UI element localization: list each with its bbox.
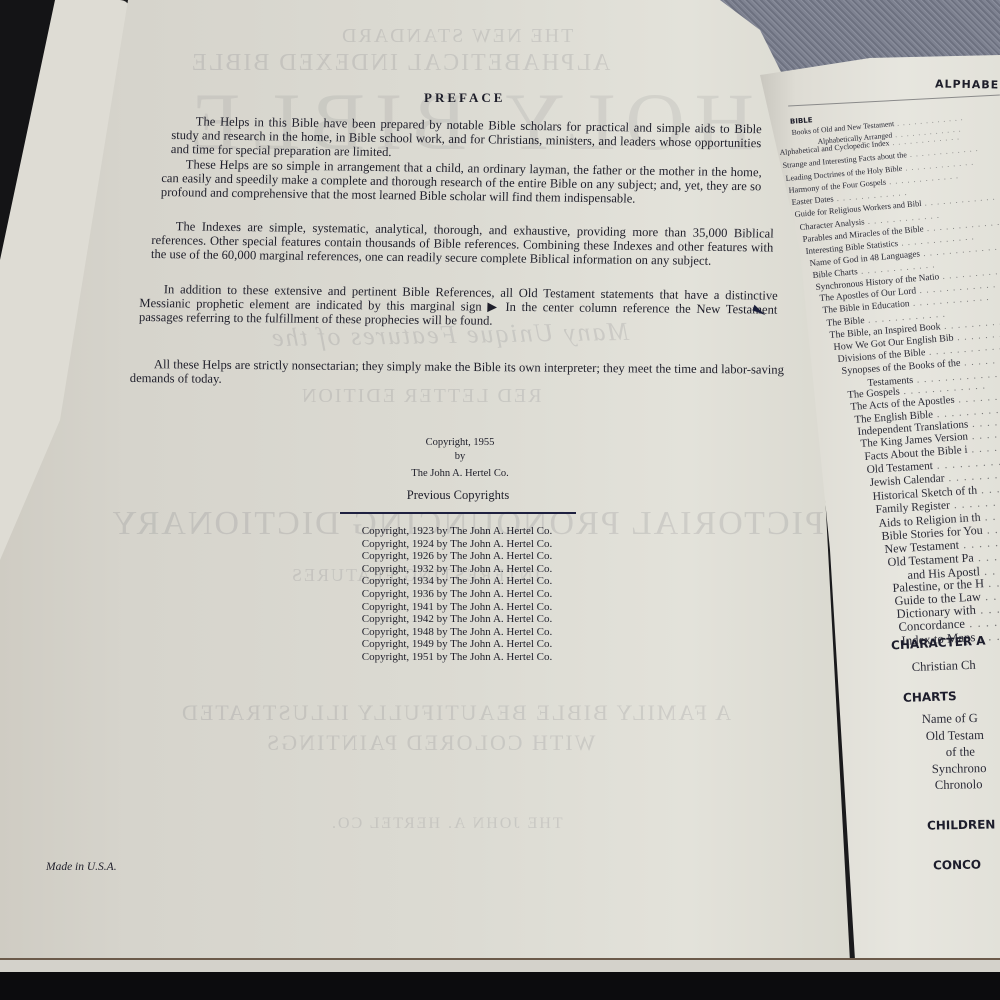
bleed-through-text: THE NEW STANDARD <box>340 25 573 48</box>
copyright-year: Copyright, 1955 <box>380 436 540 449</box>
index-entry[interactable]: Old Testam <box>926 728 984 744</box>
bleed-through-text: A FAMILY BIBLE BEAUTIFULLY ILLUSTRATED <box>180 700 731 726</box>
previous-copyrights-list: Copyright, 1923 by The John A. Hertel Co… <box>328 525 586 664</box>
right-page-header: ALPHABE <box>935 77 999 91</box>
preface-paragraph: In addition to these extensive and perti… <box>139 282 778 331</box>
copyright-entry: Copyright, 1942 by The John A. Hertel Co… <box>328 613 586 626</box>
index-section-title: CHILDREN <box>927 817 996 832</box>
leader-dots: . . . . . . . . . . . . <box>939 264 1000 281</box>
paragraph-text: The Helps in this Bible have been prepar… <box>171 114 762 165</box>
paragraph-text: These Helps are so simple in arrangement… <box>161 157 762 208</box>
previous-copyrights-title: Previous Copyrights <box>358 488 558 503</box>
copyright-entry: Copyright, 1923 by The John A. Hertel Co… <box>328 525 586 538</box>
leader-dots: . . . . . . . . . . . . <box>921 192 996 207</box>
bleed-through-text: THE JOHN A. HERTEL CO. <box>330 815 563 833</box>
index-entry[interactable]: Christian Ch <box>911 658 976 675</box>
bleed-through-text: ALPHABETICAL INDEXED BIBLE <box>190 50 610 77</box>
copyright-entry: Copyright, 1932 by The John A. Hertel Co… <box>328 563 586 576</box>
section-label-bible: BIBLE <box>790 116 813 126</box>
bleed-through-text: WITH COLORED PAINTINGS <box>265 730 595 756</box>
preface-paragraph: These Helps are so simple in arrangement… <box>161 157 762 208</box>
paragraph-text: The Indexes are simple, systematic, anal… <box>151 219 774 269</box>
index-section-title: CONCO <box>933 858 981 873</box>
made-in-label: Made in U.S.A. <box>46 861 117 873</box>
index-entry[interactable]: Chronolo <box>935 777 983 793</box>
copyright-by: by <box>380 450 540 463</box>
index-entry[interactable]: Name of G <box>922 711 978 727</box>
leader-dots: . . . . . . . . . . . . <box>886 171 960 186</box>
index-entry[interactable]: of the <box>946 744 975 760</box>
copyright-entry: Copyright, 1941 by The John A. Hertel Co… <box>328 601 586 614</box>
preface-paragraph: All these Helps are strictly nonsectaria… <box>130 357 784 391</box>
leader-dots: . . . . . . . . . . . . <box>902 158 975 173</box>
copyright-entry: Copyright, 1924 by The John A. Hertel Co… <box>328 538 586 551</box>
leader-dots: . . . . . . . . . . . . <box>906 144 979 159</box>
paragraph-text: In addition to these extensive and perti… <box>139 282 778 331</box>
index-entry[interactable]: Synchrono <box>932 761 987 777</box>
copyright-entry: Copyright, 1949 by The John A. Hertel Co… <box>328 638 586 651</box>
index-entry-label: Easter Dates <box>791 194 834 207</box>
index-section-title: CHARTS <box>903 689 957 705</box>
copyright-entry: Copyright, 1934 by The John A. Hertel Co… <box>328 575 586 588</box>
copyright-entry: Copyright, 1948 by The John A. Hertel Co… <box>328 626 586 639</box>
paragraph-text: All these Helps are strictly nonsectaria… <box>130 357 784 391</box>
right-page-content: Books of Old and New Testament . . . . .… <box>760 0 1000 1000</box>
copyright-publisher: The John A. Hertel Co. <box>380 467 540 480</box>
copyright-entry: Copyright, 1936 by The John A. Hertel Co… <box>328 588 586 601</box>
preface-paragraph: The Helps in this Bible have been prepar… <box>171 114 762 165</box>
preface-paragraph: The Indexes are simple, systematic, anal… <box>151 219 774 269</box>
copyright-entry: Copyright, 1951 by The John A. Hertel Co… <box>328 651 586 664</box>
preface-title: PREFACE <box>424 90 505 106</box>
divider <box>340 512 576 514</box>
copyright-entry: Copyright, 1926 by The John A. Hertel Co… <box>328 550 586 563</box>
